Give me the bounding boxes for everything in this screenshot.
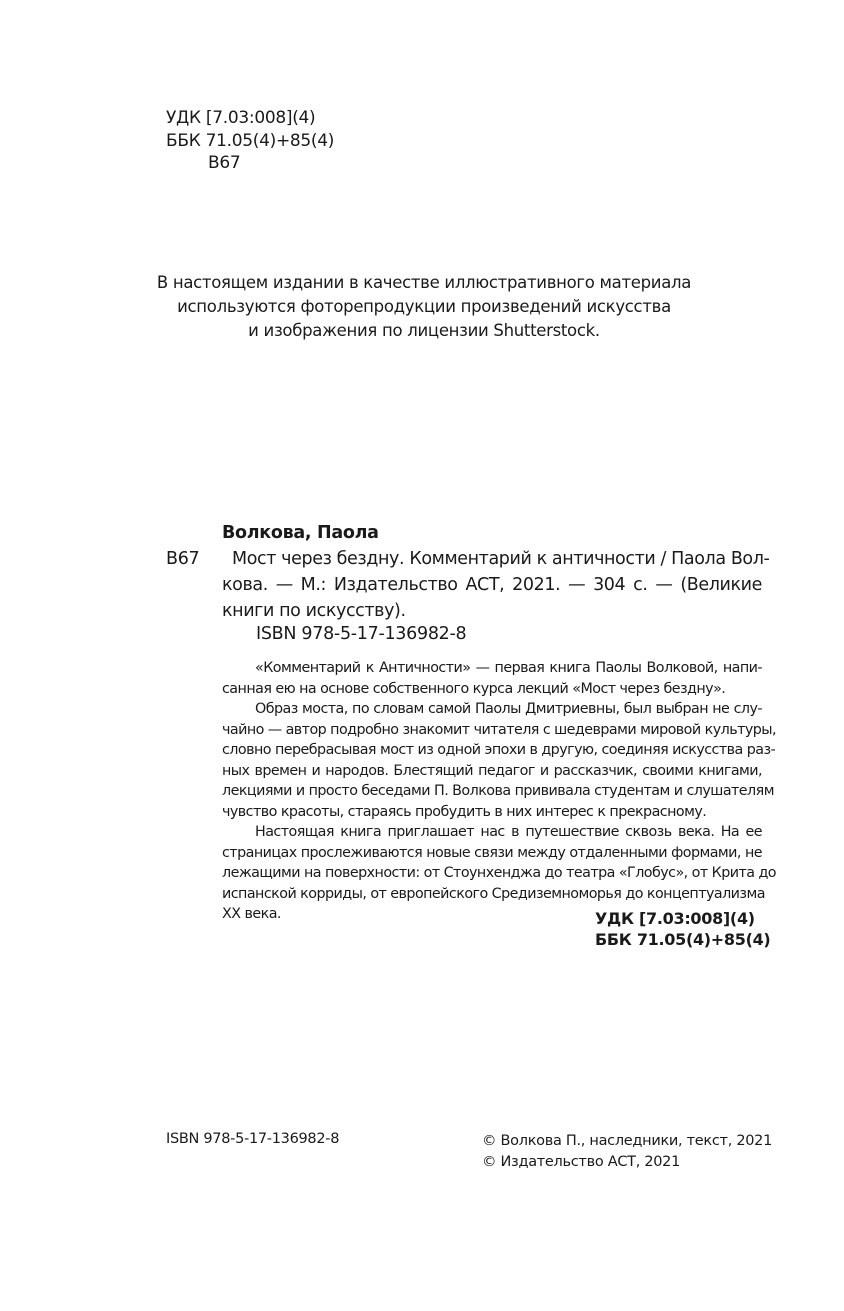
- annotation-line: лежащими на поверхности: от Стоунхенджа …: [222, 863, 762, 884]
- annotation-line: чувство красоты, стараясь пробудить в ни…: [222, 802, 762, 823]
- illustrations-notice: В настоящем издании в качестве иллюстрат…: [150, 271, 698, 343]
- annotation-line: словно перебрасывая мост из одной эпохи …: [222, 740, 762, 761]
- annotation-line: Настоящая книга приглашает нас в путешес…: [222, 822, 762, 843]
- annotation-line: лекциями и просто беседами П. Волкова пр…: [222, 781, 762, 802]
- bbk-code: ББК 71.05(4)+85(4): [595, 929, 770, 950]
- annotation-line: ных времен и народов. Блестящий педагог …: [222, 761, 762, 782]
- entry-description-line: Мост через бездну. Комментарий к антично…: [222, 546, 762, 572]
- entry-author-mark: В67: [166, 546, 199, 572]
- bbk-code: ББК 71.05(4)+85(4): [166, 130, 334, 153]
- annotation: «Комментарий к Античности» — первая книг…: [222, 658, 762, 925]
- entry-author: Волкова, Паола: [222, 523, 379, 543]
- copyright-line: © Волкова П., наследники, текст, 2021: [482, 1131, 772, 1152]
- annotation-line: испанской корриды, от европейского Среди…: [222, 884, 762, 905]
- notice-line: и изображения по лицензии Shutterstock.: [150, 319, 698, 343]
- entry-description-line: книги по искусству).: [222, 598, 762, 624]
- entry-description-line: кова. — М.: Издательство АСТ, 2021. — 30…: [222, 572, 762, 598]
- copyright-line: © Издательство АСТ, 2021: [482, 1152, 772, 1173]
- entry-description: Мост через бездну. Комментарий к антично…: [222, 546, 762, 624]
- udk-code: УДК [7.03:008](4): [595, 908, 770, 929]
- annotation-line: страницах прослеживаются новые связи меж…: [222, 843, 762, 864]
- entry-isbn: ISBN 978-5-17-136982-8: [256, 624, 466, 644]
- notice-line: В настоящем издании в качестве иллюстрат…: [150, 271, 698, 295]
- classification-block-bottom: УДК [7.03:008](4) ББК 71.05(4)+85(4): [595, 908, 770, 950]
- udk-code: УДК [7.03:008](4): [166, 107, 334, 130]
- author-mark: В67: [166, 152, 334, 175]
- footer-isbn: ISBN 978-5-17-136982-8: [166, 1131, 339, 1147]
- annotation-line: Образ моста, по словам самой Паолы Дмитр…: [222, 699, 762, 720]
- footer-copyrights: © Волкова П., наследники, текст, 2021 © …: [482, 1131, 772, 1172]
- annotation-line: «Комментарий к Античности» — первая книг…: [222, 658, 762, 679]
- annotation-line: чайно — автор подробно знакомит читателя…: [222, 720, 762, 741]
- classification-block-top: УДК [7.03:008](4) ББК 71.05(4)+85(4) В67: [166, 107, 334, 175]
- notice-line: используются фоторепродукции произведени…: [150, 295, 698, 319]
- annotation-line: санная ею на основе собственного курса л…: [222, 679, 762, 700]
